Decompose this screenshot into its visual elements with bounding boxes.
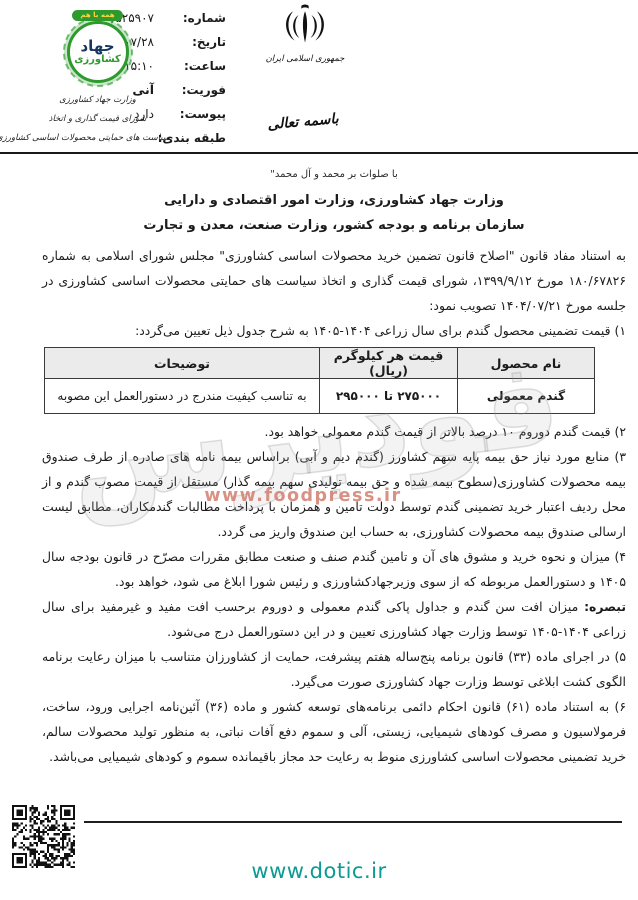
note-label: تبصره: <box>584 599 626 614</box>
addressee-line: وزارت جهاد کشاورزی، وزارت امور اقتصادی و… <box>42 188 626 213</box>
column-header-notes: توضیحات <box>45 348 320 379</box>
org-line: سیاست های حمایتی محصولات اساسی کشاورزی <box>25 129 170 148</box>
clause-3: ۳) منابع مورد نیاز حق بیمه پایه سهم کشاو… <box>42 444 626 544</box>
logo-ribbon: همه با هم <box>72 10 122 21</box>
intro-paragraph: به استناد مفاد قانون "اصلاح قانون تضمین … <box>42 243 626 318</box>
clause-4: ۴) میزان و نحوه خرید و مشوق های آن و تام… <box>42 544 626 594</box>
letter-body: با صلوات بر محمد و آل محمد" وزارت جهاد ک… <box>0 158 638 769</box>
issuing-authority-lines: وزارت جهاد کشاورزی شورای قیمت گذاری و ات… <box>25 91 170 148</box>
addressees-block: وزارت جهاد کشاورزی، وزارت امور اقتصادی و… <box>42 188 626 238</box>
addressee-line: سازمان برنامه و بودجه کشور، وزارت صنعت، … <box>42 213 626 238</box>
jahad-keshavarzi-logo-icon: جهاد کشاورزی <box>67 21 129 83</box>
note-text: میزان افت سن گندم و جداول پاکی گندم معمو… <box>42 599 626 639</box>
header-divider <box>0 152 638 154</box>
ministry-logo-block: همه با هم جهاد کشاورزی وزارت جهاد کشاورز… <box>25 2 170 148</box>
cell-price-range: ۲۷۵۰۰۰ تا ۲۹۵۰۰۰ <box>320 379 458 414</box>
iran-emblem-icon <box>283 34 327 53</box>
logo-title-bottom: کشاورزی <box>74 54 121 66</box>
org-line: شورای قیمت گذاری و اتخاذ <box>25 110 170 129</box>
emblem-caption: جمهوری اسلامی ایران <box>260 54 350 64</box>
clause-2: ۲) قیمت گندم دوروم ۱۰ درصد بالاتر از قیم… <box>42 419 626 444</box>
footer-website-link[interactable]: www.dotic.ir <box>0 859 638 883</box>
org-line: وزارت جهاد کشاورزی <box>25 91 170 110</box>
table-header-row: نام محصول قیمت هر کیلوگرم (ریال) توضیحات <box>45 348 595 379</box>
note-paragraph: تبصره: میزان افت سن گندم و جداول پاکی گن… <box>42 594 626 644</box>
official-letter-page: شماره: ۰۲۰/۵۲۵۹۰۷ تاریخ: ۱۴۰۴/۰۷/۲۸ ساعت… <box>0 0 638 900</box>
cell-notes: به تناسب کیفیت مندرج در دستورالعمل این م… <box>45 379 320 414</box>
clause-6: ۶) به استناد ماده (۶۱) قانون احکام دائمی… <box>42 694 626 769</box>
column-header-product: نام محصول <box>458 348 595 379</box>
besmele-calligraphy: باسمه تعالی <box>248 109 359 135</box>
wheat-price-table: نام محصول قیمت هر کیلوگرم (ریال) توضیحات… <box>44 347 595 414</box>
salutation-line: با صلوات بر محمد و آل محمد" <box>42 168 626 181</box>
footer-divider <box>84 821 622 823</box>
logo-title-top: جهاد <box>80 38 114 54</box>
clause-5: ۵) در اجرای ماده (۳۳) قانون برنامه پنج‌س… <box>42 644 626 694</box>
clause-1: ۱) قیمت تضمینی محصول گندم برای سال زراعی… <box>42 318 626 343</box>
cell-product-name: گندم معمولی <box>458 379 595 414</box>
table-row: گندم معمولی ۲۷۵۰۰۰ تا ۲۹۵۰۰۰ به تناسب کی… <box>45 379 595 414</box>
iran-national-emblem: جمهوری اسلامی ایران <box>260 3 350 64</box>
column-header-price: قیمت هر کیلوگرم (ریال) <box>320 348 458 379</box>
